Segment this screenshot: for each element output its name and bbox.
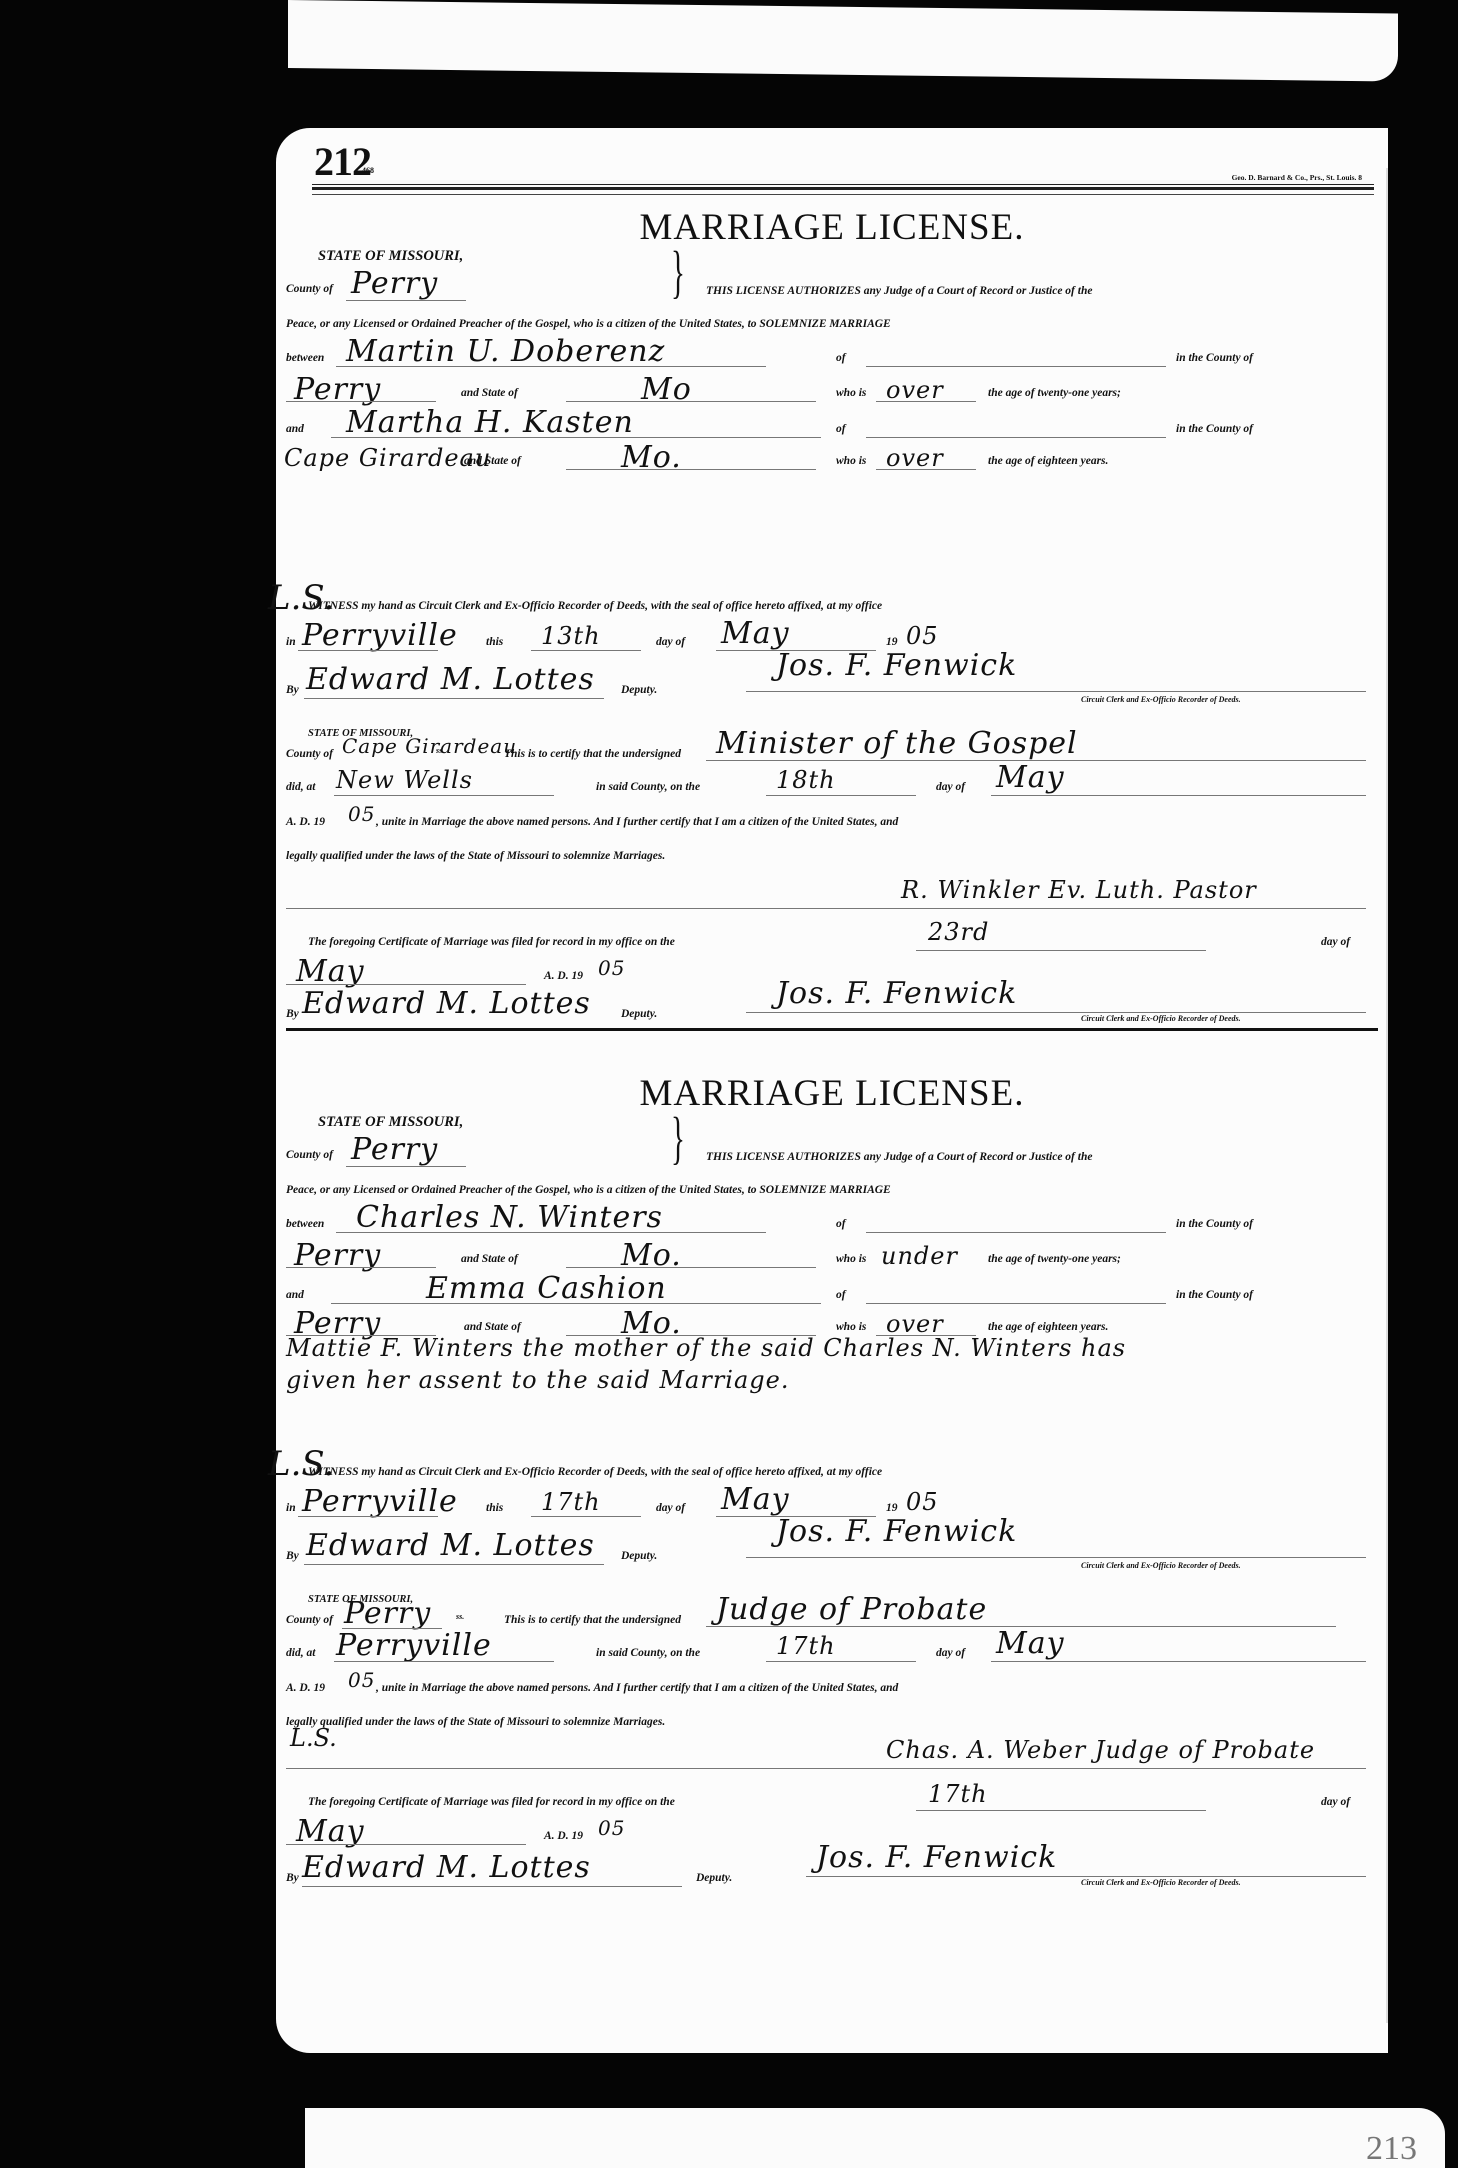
ad-label: A. D. 19 — [544, 970, 583, 982]
ceremony-place: Perryville — [336, 1628, 492, 1663]
and-state-label: and State of — [461, 1253, 518, 1265]
filed-day-line — [916, 1810, 1206, 1811]
and-label: and — [286, 423, 304, 435]
clerk-title: Circuit Clerk and Ex-Officio Recorder of… — [1081, 695, 1241, 704]
age-21-label: the age of twenty-one years; — [988, 1253, 1121, 1265]
witness-text: WITNESS my hand as Circuit Clerk and Ex-… — [308, 1466, 882, 1478]
this-label: this — [486, 636, 503, 648]
in-label: in — [286, 1502, 296, 1514]
groom-age-line — [876, 401, 976, 402]
record-divider — [286, 1028, 1378, 1031]
ceremony-month: May — [996, 1626, 1065, 1661]
who-is-label: who is — [836, 1321, 866, 1333]
next-page-edge: 213 — [305, 2108, 1445, 2168]
brace-icon: } — [671, 243, 685, 301]
groom-state-line — [566, 1267, 816, 1268]
of-label: of — [836, 1218, 846, 1230]
by-label: By — [286, 1550, 299, 1562]
filed-day: 17th — [928, 1780, 988, 1808]
issued-city: Perryville — [302, 1484, 458, 1519]
ad-label: A. D. 19 — [286, 816, 325, 828]
did-at-label: did, at — [286, 1647, 315, 1659]
bride-age-line — [876, 469, 976, 470]
ss-label: ss. — [436, 746, 444, 755]
peace-text: Peace, or any Licensed or Ordained Preac… — [286, 1184, 891, 1196]
deputy-label: Deputy. — [696, 1872, 732, 1884]
who-is-label: who is — [836, 1253, 866, 1265]
ceremony-day: 18th — [776, 766, 836, 794]
city-line — [298, 650, 438, 651]
authorizes-text: THIS LICENSE AUTHORIZES any Judge of a C… — [706, 1151, 1092, 1163]
age-21-label: the age of twenty-one years; — [988, 387, 1121, 399]
signature-line — [286, 1768, 1366, 1769]
by-label: By — [286, 1008, 299, 1020]
filed-deputy-signature: Edward M. Lottes — [302, 1850, 591, 1885]
deputy-signature: Edward M. Lottes — [306, 662, 595, 697]
bride-county: Cape Girardeau — [284, 444, 491, 472]
by-label: By — [286, 684, 299, 696]
record-title: MARRIAGE LICENSE. — [276, 1072, 1388, 1115]
ad-label: A. D. 19 — [544, 1830, 583, 1842]
clerk-signature: Jos. F. Fenwick — [776, 1514, 1017, 1549]
clerk-title: Circuit Clerk and Ex-Officio Recorder of… — [1081, 1014, 1241, 1023]
officiant-title: Judge of Probate — [716, 1592, 987, 1627]
deputy-label: Deputy. — [621, 684, 657, 696]
and-state-label: and State of — [464, 1321, 521, 1333]
of-line — [866, 437, 1166, 438]
ss-label: ss. — [456, 1612, 464, 1621]
bride-name: Emma Cashion — [426, 1271, 667, 1306]
cert-county: Perry — [344, 1596, 431, 1631]
groom-county-line — [286, 1267, 436, 1268]
ceremony-year: 05 — [348, 802, 375, 826]
said-county-label: in said County, on the — [596, 781, 700, 793]
certify-text: This is to certify that the undersigned — [504, 1614, 681, 1626]
day-of-label: day of — [936, 781, 965, 793]
next-page-number: 213 — [1366, 2130, 1417, 2168]
groom-line — [336, 366, 766, 367]
clerk-title: Circuit Clerk and Ex-Officio Recorder of… — [1081, 1561, 1241, 1570]
in-county-label: in the County of — [1176, 423, 1253, 435]
bride-name: Martha H. Kasten — [346, 405, 634, 440]
seal-mark: L.S. — [268, 578, 334, 618]
filed-deputy-signature: Edward M. Lottes — [302, 986, 591, 1021]
deputy-line — [304, 1564, 604, 1565]
ceremony-day: 17th — [776, 1632, 836, 1660]
deputy-line — [304, 698, 604, 699]
state-label: STATE OF MISSOURI, — [318, 248, 463, 265]
county-label: County of — [286, 1149, 333, 1161]
page-number-suffix: 468 — [362, 166, 374, 175]
place-line — [334, 1661, 554, 1662]
city-line — [298, 1516, 438, 1517]
clerk-line — [746, 691, 1366, 692]
county-label: County of — [286, 1614, 333, 1626]
filed-year: 05 — [598, 956, 625, 980]
who-is-label: who is — [836, 455, 866, 467]
filed-clerk-signature: Jos. F. Fenwick — [816, 1840, 1057, 1875]
county-label: County of — [286, 283, 333, 295]
officiant-title: Minister of the Gospel — [716, 726, 1078, 761]
clerk-line — [746, 1012, 1366, 1013]
legally-text: legally qualified under the laws of the … — [286, 1716, 665, 1728]
in-county-label: in the County of — [1176, 352, 1253, 364]
ledger-page: 212 468 Geo. D. Barnard & Co., Prs., St.… — [276, 128, 1388, 2053]
day-line — [766, 1661, 916, 1662]
issued-day: 17th — [541, 1488, 601, 1516]
county-value: Perry — [351, 266, 438, 301]
in-county-label: in the County of — [1176, 1289, 1253, 1301]
day-line — [766, 795, 916, 796]
did-at-label: did, at — [286, 781, 315, 793]
age-18-label: the age of eighteen years. — [988, 455, 1108, 467]
place-line — [334, 795, 554, 796]
by-label: By — [286, 1872, 299, 1884]
deputy-signature: Edward M. Lottes — [306, 1528, 595, 1563]
state-label: STATE OF MISSOURI, — [318, 1114, 463, 1131]
in-label: in — [286, 636, 296, 648]
filed-month-line — [286, 1844, 526, 1845]
issued-month: May — [721, 616, 790, 651]
seal-mark: L.S. — [268, 1444, 334, 1484]
top-rule-thin — [312, 194, 1374, 195]
unite-text: , unite in Marriage the above named pers… — [376, 816, 898, 828]
issued-year: 05 — [906, 622, 939, 650]
month-line — [991, 1661, 1366, 1662]
officiant-signature: Chas. A. Weber Judge of Probate — [886, 1736, 1315, 1764]
issued-month: May — [721, 1482, 790, 1517]
bride-state-line — [566, 469, 816, 470]
issued-day: 13th — [541, 622, 601, 650]
bride-age: over — [886, 444, 944, 472]
issued-year: 05 — [906, 1488, 939, 1516]
and-state-label: and State of — [464, 455, 521, 467]
month-line — [991, 795, 1366, 796]
top-rule — [312, 184, 1374, 190]
day-of-label: day of — [1321, 1796, 1350, 1808]
page-number: 212 — [314, 138, 371, 185]
groom-age: over — [886, 376, 944, 404]
groom-state-line — [566, 401, 816, 402]
of-label: of — [836, 423, 846, 435]
of-line — [866, 366, 1166, 367]
unite-text: , unite in Marriage the above named pers… — [376, 1682, 898, 1694]
age-18-label: the age of eighteen years. — [988, 1321, 1108, 1333]
said-county-label: in said County, on the — [596, 1647, 700, 1659]
issued-city: Perryville — [302, 618, 458, 653]
clerk-signature: Jos. F. Fenwick — [776, 648, 1017, 683]
legally-text: legally qualified under the laws of the … — [286, 850, 665, 862]
bride-line — [331, 1303, 821, 1304]
year-prefix: 19 — [886, 1502, 898, 1514]
who-is-label: who is — [836, 387, 866, 399]
year-prefix: 19 — [886, 636, 898, 648]
officiant-signature: R. Winkler Ev. Luth. Pastor — [901, 876, 1257, 904]
ceremony-place: New Wells — [336, 766, 473, 794]
filed-clerk-signature: Jos. F. Fenwick — [776, 976, 1017, 1011]
between-label: between — [286, 1218, 324, 1230]
county-value: Perry — [351, 1132, 438, 1167]
seal-mark: L.S. — [290, 1724, 337, 1752]
brace-icon: } — [671, 1109, 685, 1167]
groom-line — [336, 1232, 766, 1233]
certify-text: This is to certify that the undersigned — [504, 748, 681, 760]
deputy-line — [302, 1886, 682, 1887]
ceremony-month: May — [996, 760, 1065, 795]
and-state-label: and State of — [461, 387, 518, 399]
groom-name: Charles N. Winters — [356, 1200, 663, 1235]
county-line — [346, 1166, 466, 1167]
cert-county: Cape Girardeau — [342, 734, 517, 758]
consent-note-line-1: Mattie F. Winters the mother of the said… — [286, 1334, 1126, 1362]
filed-year: 05 — [598, 1816, 625, 1840]
between-label: between — [286, 352, 324, 364]
county-line — [346, 300, 466, 301]
printer-imprint: Geo. D. Barnard & Co., Prs., St. Louis. … — [1232, 173, 1362, 182]
ad-label: A. D. 19 — [286, 1682, 325, 1694]
groom-age: under — [881, 1242, 958, 1270]
authorizes-text: THIS LICENSE AUTHORIZES any Judge of a C… — [706, 285, 1092, 297]
county-label: County of — [286, 748, 333, 760]
day-of-label: day of — [936, 1647, 965, 1659]
and-label: and — [286, 1289, 304, 1301]
clerk-line — [806, 1876, 1366, 1877]
of-line — [866, 1232, 1166, 1233]
clerk-title: Circuit Clerk and Ex-Officio Recorder of… — [1081, 1878, 1241, 1887]
consent-note-line-2: given her assent to the said Marriage. — [286, 1366, 789, 1394]
ceremony-year: 05 — [348, 1668, 375, 1692]
peace-text: Peace, or any Licensed or Ordained Preac… — [286, 318, 891, 330]
record-title: MARRIAGE LICENSE. — [276, 206, 1388, 249]
in-county-label: in the County of — [1176, 1218, 1253, 1230]
of-label: of — [836, 352, 846, 364]
day-of-label: day of — [656, 1502, 685, 1514]
previous-page-edge — [288, 0, 1398, 82]
day-line — [531, 1516, 641, 1517]
this-label: this — [486, 1502, 503, 1514]
day-line — [531, 650, 641, 651]
foregoing-text: The foregoing Certificate of Marriage wa… — [308, 936, 675, 948]
bride-line — [331, 437, 821, 438]
clerk-line — [746, 1557, 1366, 1558]
groom-name: Martin U. Doberenz — [346, 334, 665, 369]
deputy-label: Deputy. — [621, 1008, 657, 1020]
filed-day: 23rd — [928, 918, 989, 946]
signature-line — [286, 908, 1366, 909]
foregoing-text: The foregoing Certificate of Marriage wa… — [308, 1796, 675, 1808]
day-of-label: day of — [656, 636, 685, 648]
deputy-label: Deputy. — [621, 1550, 657, 1562]
filed-month-line — [286, 984, 526, 985]
witness-text: WITNESS my hand as Circuit Clerk and Ex-… — [308, 600, 882, 612]
filed-day-line — [916, 950, 1206, 951]
day-of-label: day of — [1321, 936, 1350, 948]
groom-county-line — [286, 401, 436, 402]
of-label: of — [836, 1289, 846, 1301]
of-line — [866, 1303, 1166, 1304]
